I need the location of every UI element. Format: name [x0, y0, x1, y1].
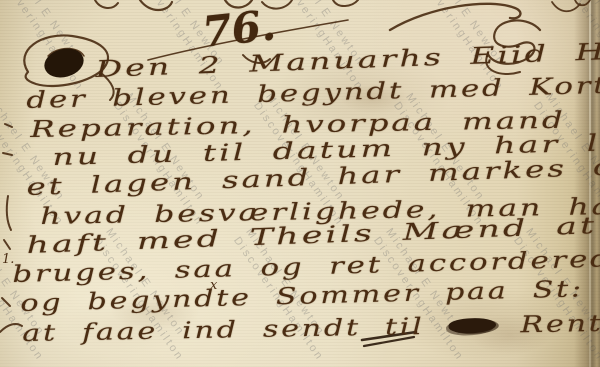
folio-number: 76. — [200, 0, 278, 56]
handwriting-line-last: at faae ind sendt til Rente. — [22, 310, 600, 347]
last-line-before: at faae ind sendt til — [22, 314, 425, 347]
watermark-line1: Michael E Newton — [2, 0, 99, 86]
ink-blot — [41, 44, 87, 81]
watermark-tile: Michael E NewtonDiscoveringHamilton — [0, 0, 99, 94]
last-line-after: Rente. — [520, 310, 600, 338]
blotted-word — [448, 317, 497, 335]
watermark-line2: DiscoveringHamilton — [0, 0, 87, 94]
manuscript-scan: Michael E NewtonDiscoveringHamiltonMicha… — [0, 0, 600, 367]
